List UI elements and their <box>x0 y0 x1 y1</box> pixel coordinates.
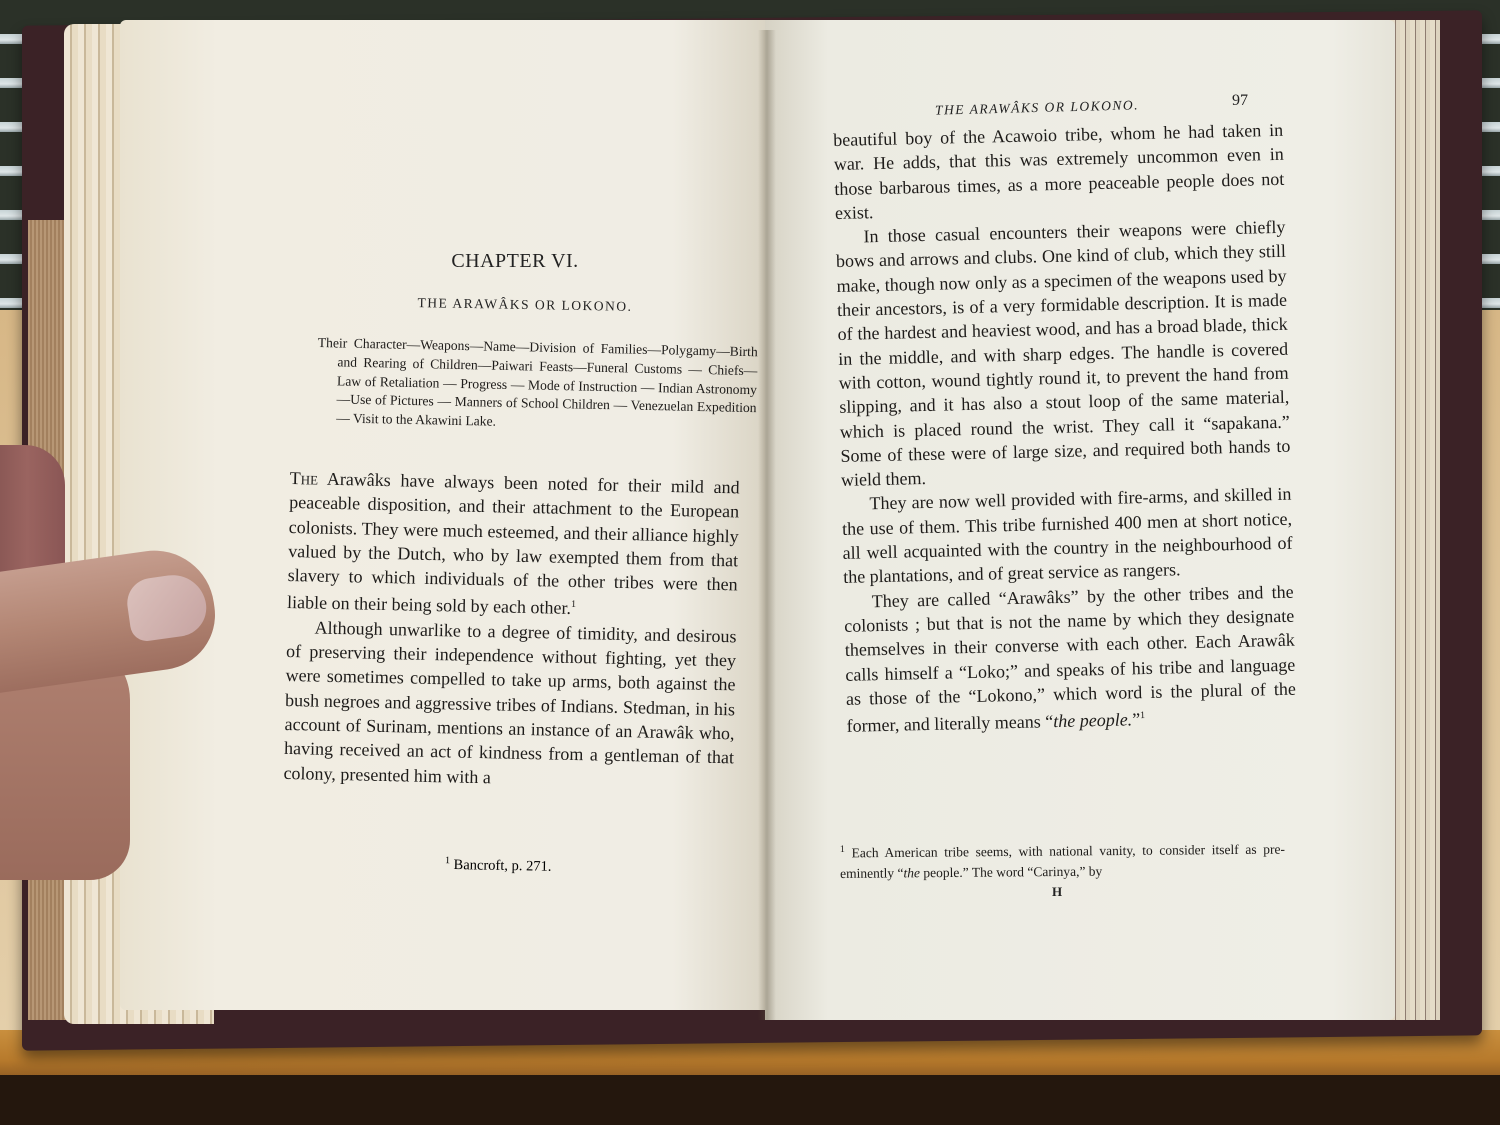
drop-lead-word: The <box>290 468 319 489</box>
left-page-body: The Arawâks have always been noted for t… <box>283 466 740 794</box>
book-gutter <box>758 30 776 1020</box>
right-paragraph-2: In those casual encounters their weapons… <box>835 215 1291 492</box>
page-number: 97 <box>1232 92 1248 110</box>
right-paragraph-4: They are called “Arawâks” by the other t… <box>843 579 1296 738</box>
italic-phrase: the people. <box>1053 709 1132 731</box>
right-page-body: beautiful boy of the Acawoio tribe, whom… <box>833 118 1297 738</box>
right-paragraph-3: They are now well provided with fire-arm… <box>841 482 1293 589</box>
chapter-title: CHAPTER VI. <box>290 250 740 273</box>
signature-mark: H <box>1052 884 1062 900</box>
right-page-footnote: 1 Each American tribe seems, with nation… <box>840 836 1285 883</box>
chapter-synopsis: Their Character—Weapons—Name—Division of… <box>316 334 758 437</box>
footnote-text: Bancroft, p. 271. <box>450 857 552 875</box>
paragraph-text: Arawâks have always been noted for their… <box>287 469 740 619</box>
right-paragraph-1: beautiful boy of the Acawoio tribe, whom… <box>833 118 1285 225</box>
floor-shadow <box>0 1075 1500 1125</box>
footnote-reference: 1 <box>1140 710 1145 721</box>
footnote-italic: the <box>903 865 920 880</box>
footnote-reference: 1 <box>571 599 576 610</box>
left-paragraph-1: The Arawâks have always been noted for t… <box>287 466 740 624</box>
left-page-footnote: 1 Bancroft, p. 271. <box>445 855 552 876</box>
left-paragraph-2: Although unwarlike to a degree of timidi… <box>283 615 736 794</box>
footnote-text-end: people.” The word “Carinya,” by <box>920 863 1102 880</box>
